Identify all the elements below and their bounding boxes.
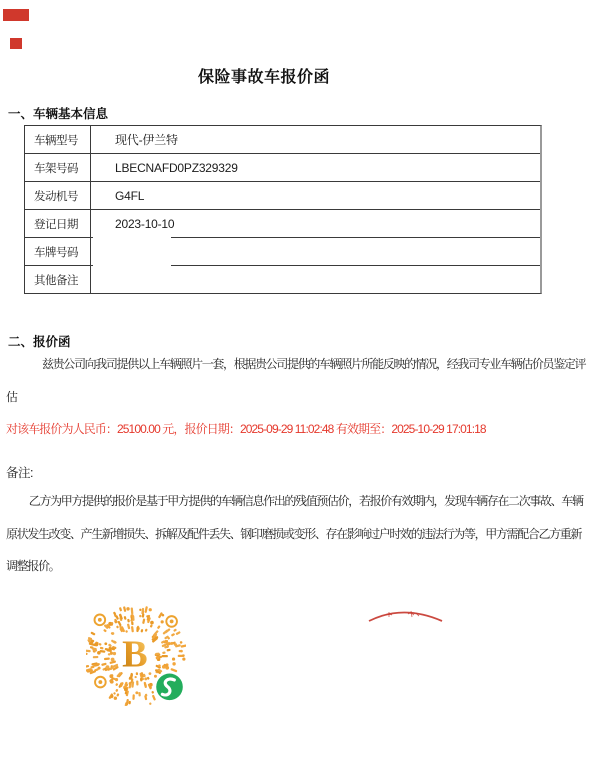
quote-body-paragraph: 兹贵公司向我司提供以上车辆照片一套，根据贵公司提供的车辆照片所能反映的情况，经我… — [6, 348, 584, 413]
table-row: 车辆型号现代-伊兰特 — [25, 126, 540, 154]
red-mark-top — [3, 9, 29, 21]
row-label: 车牌号码 — [25, 238, 91, 265]
paragraph-line: 原状发生改变、产生新增损失、拆解及配件丢失、钢印磨损或变形、存在影响过户时效的违… — [6, 518, 584, 551]
wechat-miniprogram-icon — [156, 674, 183, 701]
paragraph-line: 调整报价。 — [6, 550, 584, 583]
section-heading-vehicle-info: 一、车辆基本信息 — [8, 104, 108, 124]
table-row: 发动机号G4FL — [25, 182, 540, 210]
row-label: 车辆型号 — [25, 126, 91, 153]
red-mark-small — [10, 38, 22, 49]
price-line: 对该车报价为人民币：25100.00 元，报价日期：2025-09-29 11:… — [6, 417, 486, 441]
red-seal-arc — [356, 598, 456, 632]
plate-number-redaction — [93, 230, 171, 272]
document-title: 保险事故车报价函 — [0, 64, 528, 87]
row-label: 车架号码 — [25, 154, 91, 181]
row-value: G4FL — [91, 182, 540, 209]
row-value: LBECNAFD0PZ329329 — [91, 154, 540, 181]
row-label: 发动机号 — [25, 182, 91, 209]
table-row: 车架号码LBECNAFD0PZ329329 — [25, 154, 540, 182]
wechat-miniprogram-qr-code: B — [86, 606, 186, 706]
row-label: 其他备注 — [25, 266, 91, 293]
remarks-paragraph: 乙方为甲方提供的报价是基于甲方提供的车辆信息作出的残值预估价，若报价有效期内，发… — [6, 485, 584, 583]
paragraph-line: 兹贵公司向我司提供以上车辆照片一套，根据贵公司提供的车辆照片所能反映的情况，经我… — [6, 348, 584, 381]
row-label: 登记日期 — [25, 210, 91, 237]
paragraph-line: 估 — [6, 381, 584, 414]
row-value: 现代-伊兰特 — [91, 126, 540, 153]
remarks-label: 备注: — [6, 462, 33, 484]
quotation-document: 保险事故车报价函 一、车辆基本信息 车辆型号现代-伊兰特车架号码LBECNAFD… — [0, 0, 591, 758]
seal-arc-line — [369, 613, 442, 622]
letter-B-gold-logo: B — [122, 634, 148, 676]
paragraph-line: 乙方为甲方提供的报价是基于甲方提供的车辆信息作出的残值预估价，若报价有效期内，发… — [6, 485, 584, 518]
